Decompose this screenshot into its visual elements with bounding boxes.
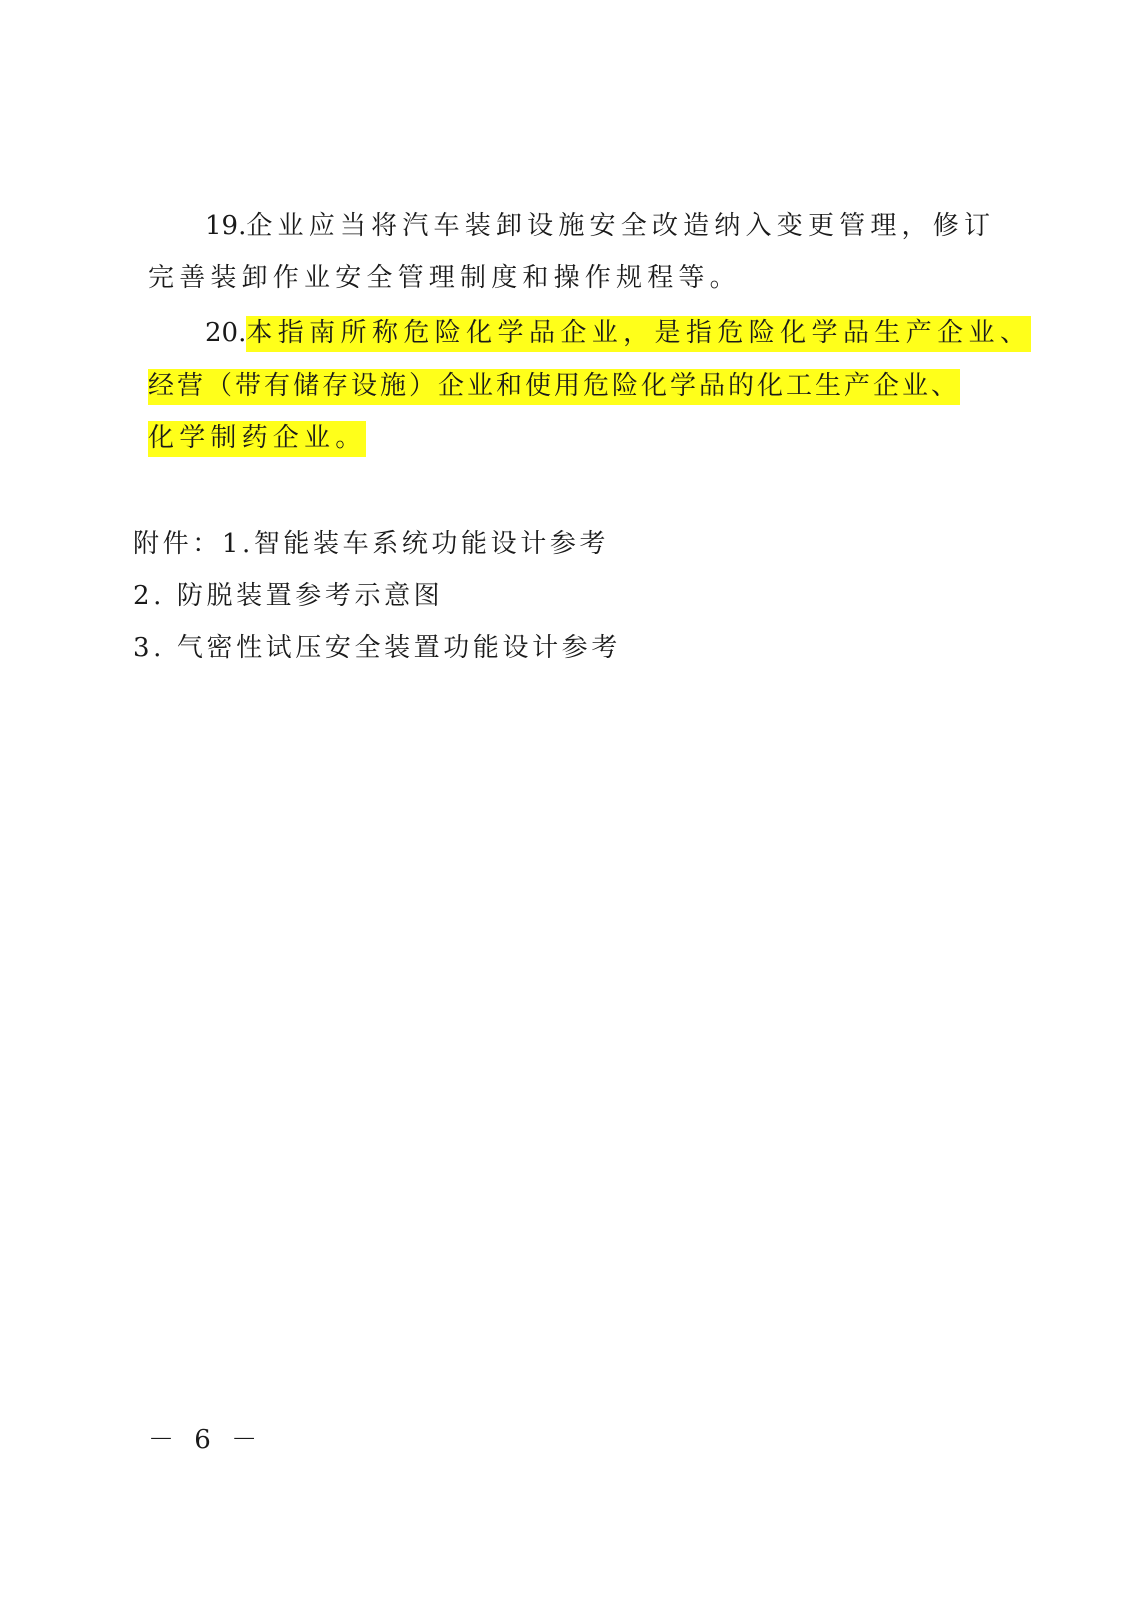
document-page: 19.企业应当将汽车装卸设施安全改造纳入变更管理，修订 完善装卸作业安全管理制度…: [0, 0, 1131, 1600]
page-number: － 6 －: [148, 1420, 263, 1460]
paragraph-19-text-1: 企业应当将汽车装卸设施安全改造纳入变更管理，修订: [246, 211, 995, 241]
paragraph-19-line-2: 完善装卸作业安全管理制度和操作规程等。: [148, 258, 741, 298]
paragraph-20-number: 20.: [205, 318, 246, 348]
attachments-label: 附件：: [133, 529, 222, 559]
paragraph-20-line-1: 20.本指南所称危险化学品企业，是指危险化学品生产企业、: [205, 313, 1031, 353]
attachment-item-2: 2. 防脱装置参考示意图: [133, 581, 443, 611]
paragraph-19-text-2: 完善装卸作业安全管理制度和操作规程等。: [148, 263, 741, 293]
paragraph-20-highlight-3: 化学制药企业。: [148, 421, 366, 457]
paragraph-20-highlight-1: 本指南所称危险化学品企业，是指危险化学品生产企业、: [246, 316, 1031, 352]
paragraph-20-line-3: 化学制药企业。: [148, 418, 366, 458]
attachment-line-1: 附件：1.智能装车系统功能设计参考: [133, 524, 609, 564]
paragraph-20-highlight-2: 经营（带有储存设施）企业和使用危险化学品的化工生产企业、: [148, 369, 960, 405]
paragraph-20-line-2: 经营（带有储存设施）企业和使用危险化学品的化工生产企业、: [148, 366, 960, 406]
paragraph-19-number: 19.: [205, 211, 246, 241]
attachment-item-1: 1.智能装车系统功能设计参考: [222, 529, 609, 559]
attachment-item-3: 3. 气密性试压安全装置功能设计参考: [133, 633, 621, 663]
attachment-line-3: 3. 气密性试压安全装置功能设计参考: [133, 628, 621, 668]
paragraph-19-line-1: 19.企业应当将汽车装卸设施安全改造纳入变更管理，修订: [205, 206, 995, 246]
attachment-line-2: 2. 防脱装置参考示意图: [133, 576, 443, 616]
